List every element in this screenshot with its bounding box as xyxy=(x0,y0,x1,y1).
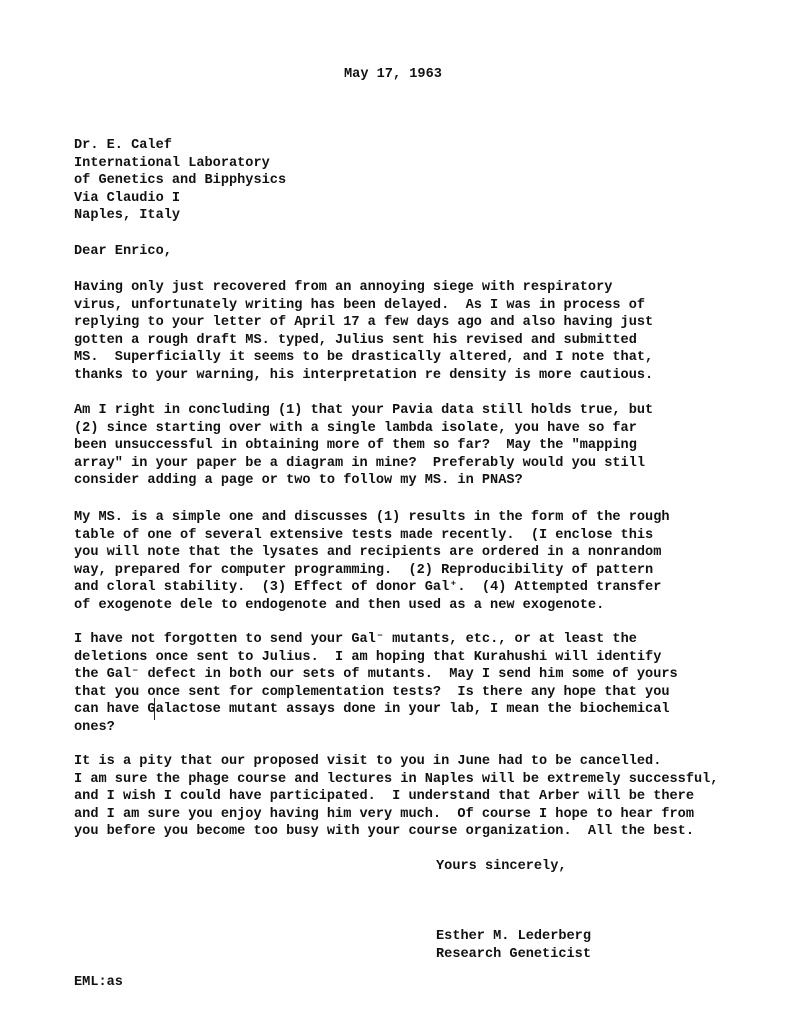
paragraph-line: Having only just recovered from an annoy… xyxy=(74,279,653,297)
paragraph-line: I have not forgotten to send your Gal⁻ m… xyxy=(74,631,678,649)
paragraph-line: the Gal⁻ defect in both our sets of muta… xyxy=(74,666,678,684)
signature-title: Research Geneticist xyxy=(436,946,591,964)
signature-name: Esther M. Lederberg xyxy=(436,928,591,946)
paragraph-line: and cloral stability. (3) Effect of dono… xyxy=(74,579,670,597)
paragraph-line: Am I right in concluding (1) that your P… xyxy=(74,402,653,420)
paragraph-line: that you once sent for complementation t… xyxy=(74,684,678,702)
paragraph-line: replying to your letter of April 17 a fe… xyxy=(74,314,653,332)
letter-date: May 17, 1963 xyxy=(344,66,442,84)
signature-block: Esther M. Lederberg Research Geneticist xyxy=(436,928,591,963)
paragraph-line: of exogenote dele to endogenote and then… xyxy=(74,597,670,615)
paragraph-line: deletions once sent to Julius. I am hopi… xyxy=(74,649,678,667)
paragraph-line: MS. Superficially it seems to be drastic… xyxy=(74,349,653,367)
paragraph-line: ones? xyxy=(74,719,678,737)
paragraph-line: I am sure the phage course and lectures … xyxy=(74,771,718,789)
paragraph-5: It is a pity that our proposed visit to … xyxy=(74,753,718,841)
paragraph-2: Am I right in concluding (1) that your P… xyxy=(74,402,653,490)
paragraph-line: thanks to your warning, his interpretati… xyxy=(74,367,653,385)
paragraph-1: Having only just recovered from an annoy… xyxy=(74,279,653,384)
address-line: International Laboratory xyxy=(74,155,286,173)
recipient-address: Dr. E. Calef International Laboratory of… xyxy=(74,137,286,225)
closing: Yours sincerely, xyxy=(436,858,567,876)
paragraph-line: been unsuccessful in obtaining more of t… xyxy=(74,437,653,455)
address-line: Naples, Italy xyxy=(74,207,286,225)
address-line: of Genetics and Bipphysics xyxy=(74,172,286,190)
paragraph-3: My MS. is a simple one and discusses (1)… xyxy=(74,509,670,614)
paragraph-line: It is a pity that our proposed visit to … xyxy=(74,753,718,771)
paragraph-line: you before you become too busy with your… xyxy=(74,823,718,841)
paragraph-line: array" in your paper be a diagram in min… xyxy=(74,455,653,473)
paragraph-4: I have not forgotten to send your Gal⁻ m… xyxy=(74,631,678,736)
letter-page: May 17, 1963 Dr. E. Calef International … xyxy=(0,0,800,1017)
paragraph-line: and I wish I could have participated. I … xyxy=(74,788,718,806)
paragraph-line: gotten a rough draft MS. typed, Julius s… xyxy=(74,332,653,350)
handwritten-correction-mark xyxy=(154,698,155,720)
paragraph-line: way, prepared for computer programming. … xyxy=(74,562,670,580)
paragraph-line: and I am sure you enjoy having him very … xyxy=(74,806,718,824)
salutation: Dear Enrico, xyxy=(74,243,172,261)
paragraph-line: virus, unfortunately writing has been de… xyxy=(74,297,653,315)
address-line: Dr. E. Calef xyxy=(74,137,286,155)
paragraph-line: table of one of several extensive tests … xyxy=(74,527,670,545)
address-line: Via Claudio I xyxy=(74,190,286,208)
paragraph-line: My MS. is a simple one and discusses (1)… xyxy=(74,509,670,527)
reference-initials: EML:as xyxy=(74,974,123,992)
paragraph-line: you will note that the lysates and recip… xyxy=(74,544,670,562)
paragraph-line: consider adding a page or two to follow … xyxy=(74,472,653,490)
paragraph-line: (2) since starting over with a single la… xyxy=(74,420,653,438)
paragraph-line: can have Galactose mutant assays done in… xyxy=(74,701,678,719)
